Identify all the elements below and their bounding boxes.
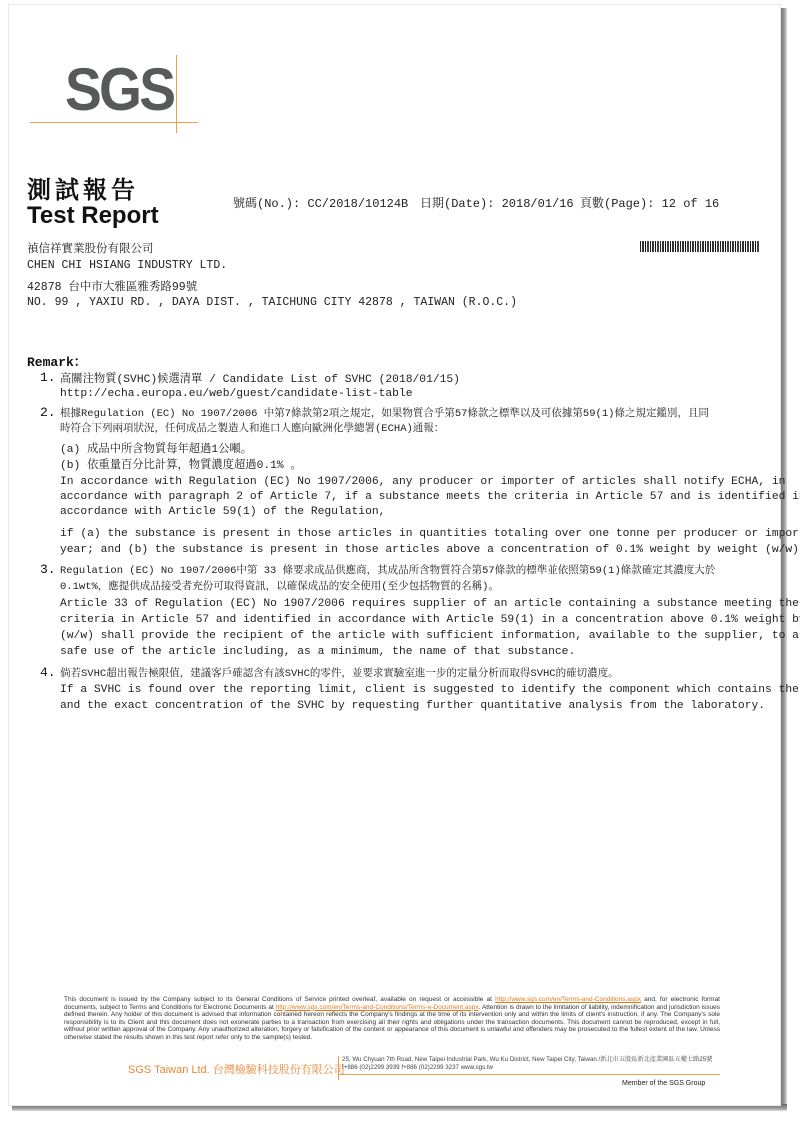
title-chinese: 測試報告	[27, 170, 139, 205]
remark-item-text: 倘若SVHC超出報告極限值，建議客戶確認含有該SVHC的零件，並要求實驗室進一步…	[60, 665, 619, 680]
page-shadow-right	[780, 8, 787, 1110]
page-number: 頁數(Page): 12 of 16	[580, 194, 719, 211]
e-document-terms-link[interactable]: http://www.sgs.com/en/Terms-and-Conditio…	[276, 1004, 479, 1011]
barcode-icon	[640, 241, 759, 252]
remark-item-english: If a SVHC is found over the reporting li…	[60, 684, 800, 696]
footer-divider-horizontal	[338, 1074, 720, 1075]
client-name-en: CHEN CHI HSIANG INDUSTRY LTD.	[27, 259, 227, 272]
footer-contact: t+886 (02)2299 3939 f+886 (02)2299 3237 …	[342, 1064, 712, 1072]
sgs-logo-text: SGS	[65, 55, 173, 125]
remark-item-number: 4.	[40, 665, 56, 680]
remark-item-english: accordance with paragraph 2 of Article 7…	[60, 491, 800, 503]
logo-horizontal-line	[30, 122, 198, 123]
remark-item-english: and the exact concentration of the SVHC …	[60, 700, 765, 712]
logo-vertical-line	[176, 55, 177, 133]
client-address-zh: 42878 台中市大雅區雅秀路99號	[27, 278, 197, 294]
remark-sub-item: (a) 成品中所含物質每年超過1公噸。	[60, 440, 252, 456]
remark-item-text: 高關注物質(SVHC)候選清單 / Candidate List of SVHC…	[60, 370, 460, 386]
footer-address: 25, Wu Chyuan 7th Road, New Taipei Indus…	[342, 1056, 712, 1064]
footer-divider-vertical	[338, 1056, 339, 1080]
disclaimer-text: This document is issued by the Company s…	[64, 996, 495, 1003]
remark-item-text: 時符合下列兩項狀況，任何成品之製造人和進口人應向歐洲化學總署(ECHA)通報：	[60, 420, 444, 435]
remark-item-english: accordance with Article 59(1) of the Reg…	[60, 506, 385, 518]
remark-item-english: In accordance with Regulation (EC) No 19…	[60, 476, 785, 488]
report-date: 日期(Date): 2018/01/16	[420, 194, 574, 211]
remark-item-english: year; and (b) the substance is present i…	[60, 544, 800, 556]
remark-item-english: Article 33 of Regulation (EC) No 1907/20…	[60, 598, 799, 610]
member-of-sgs-group: Member of the SGS Group	[622, 1080, 705, 1087]
remark-item-english: if (a) the substance is present in those…	[60, 528, 800, 540]
remark-item-number: 3.	[40, 562, 56, 577]
candidate-list-link[interactable]: http://echa.europa.eu/web/guest/candidat…	[60, 388, 413, 400]
remark-sub-item: (b) 依重量百分比計算，物質濃度超過0.1% 。	[60, 456, 302, 472]
remark-heading: Remark：	[27, 351, 87, 370]
report-number: 號碼(No.): CC/2018/10124B	[233, 194, 408, 211]
client-address-en: NO. 99 , YAXIU RD. , DAYA DIST. , TAICHU…	[27, 296, 517, 309]
legal-disclaimer: This document is issued by the Company s…	[64, 996, 720, 1042]
remark-item-english: (w/w) shall provide the recipient of the…	[60, 630, 800, 642]
client-name-zh: 禎信祥實業股份有限公司	[27, 240, 154, 256]
remark-item-english: safe use of the article including, as a …	[60, 646, 575, 658]
sgs-logo: SGS	[30, 55, 200, 135]
footer-address-block: 25, Wu Chyuan 7th Road, New Taipei Indus…	[342, 1056, 712, 1072]
remark-item-text: Regulation (EC) No 1907/2006中第 33 條要求成品供…	[60, 562, 715, 577]
terms-link[interactable]: http://www.sgs.com/en/Terms-and-Conditio…	[495, 996, 641, 1003]
remark-item-text: 0.1wt%，應提供成品接受者充份可取得資訊，以確保成品的安全使用(至少包括物質…	[60, 578, 499, 593]
footer-company-name: SGS Taiwan Ltd. 台灣檢驗科技股份有限公司	[128, 1061, 345, 1077]
title-english: Test Report	[27, 202, 159, 230]
remark-item-number: 1.	[40, 370, 56, 385]
remark-item-text: 根據Regulation (EC) No 1907/2006 中第7條款第2項之…	[60, 405, 709, 420]
remark-item-number: 2.	[40, 405, 56, 420]
remark-item-english: criteria in Article 57 and identified in…	[60, 614, 800, 626]
